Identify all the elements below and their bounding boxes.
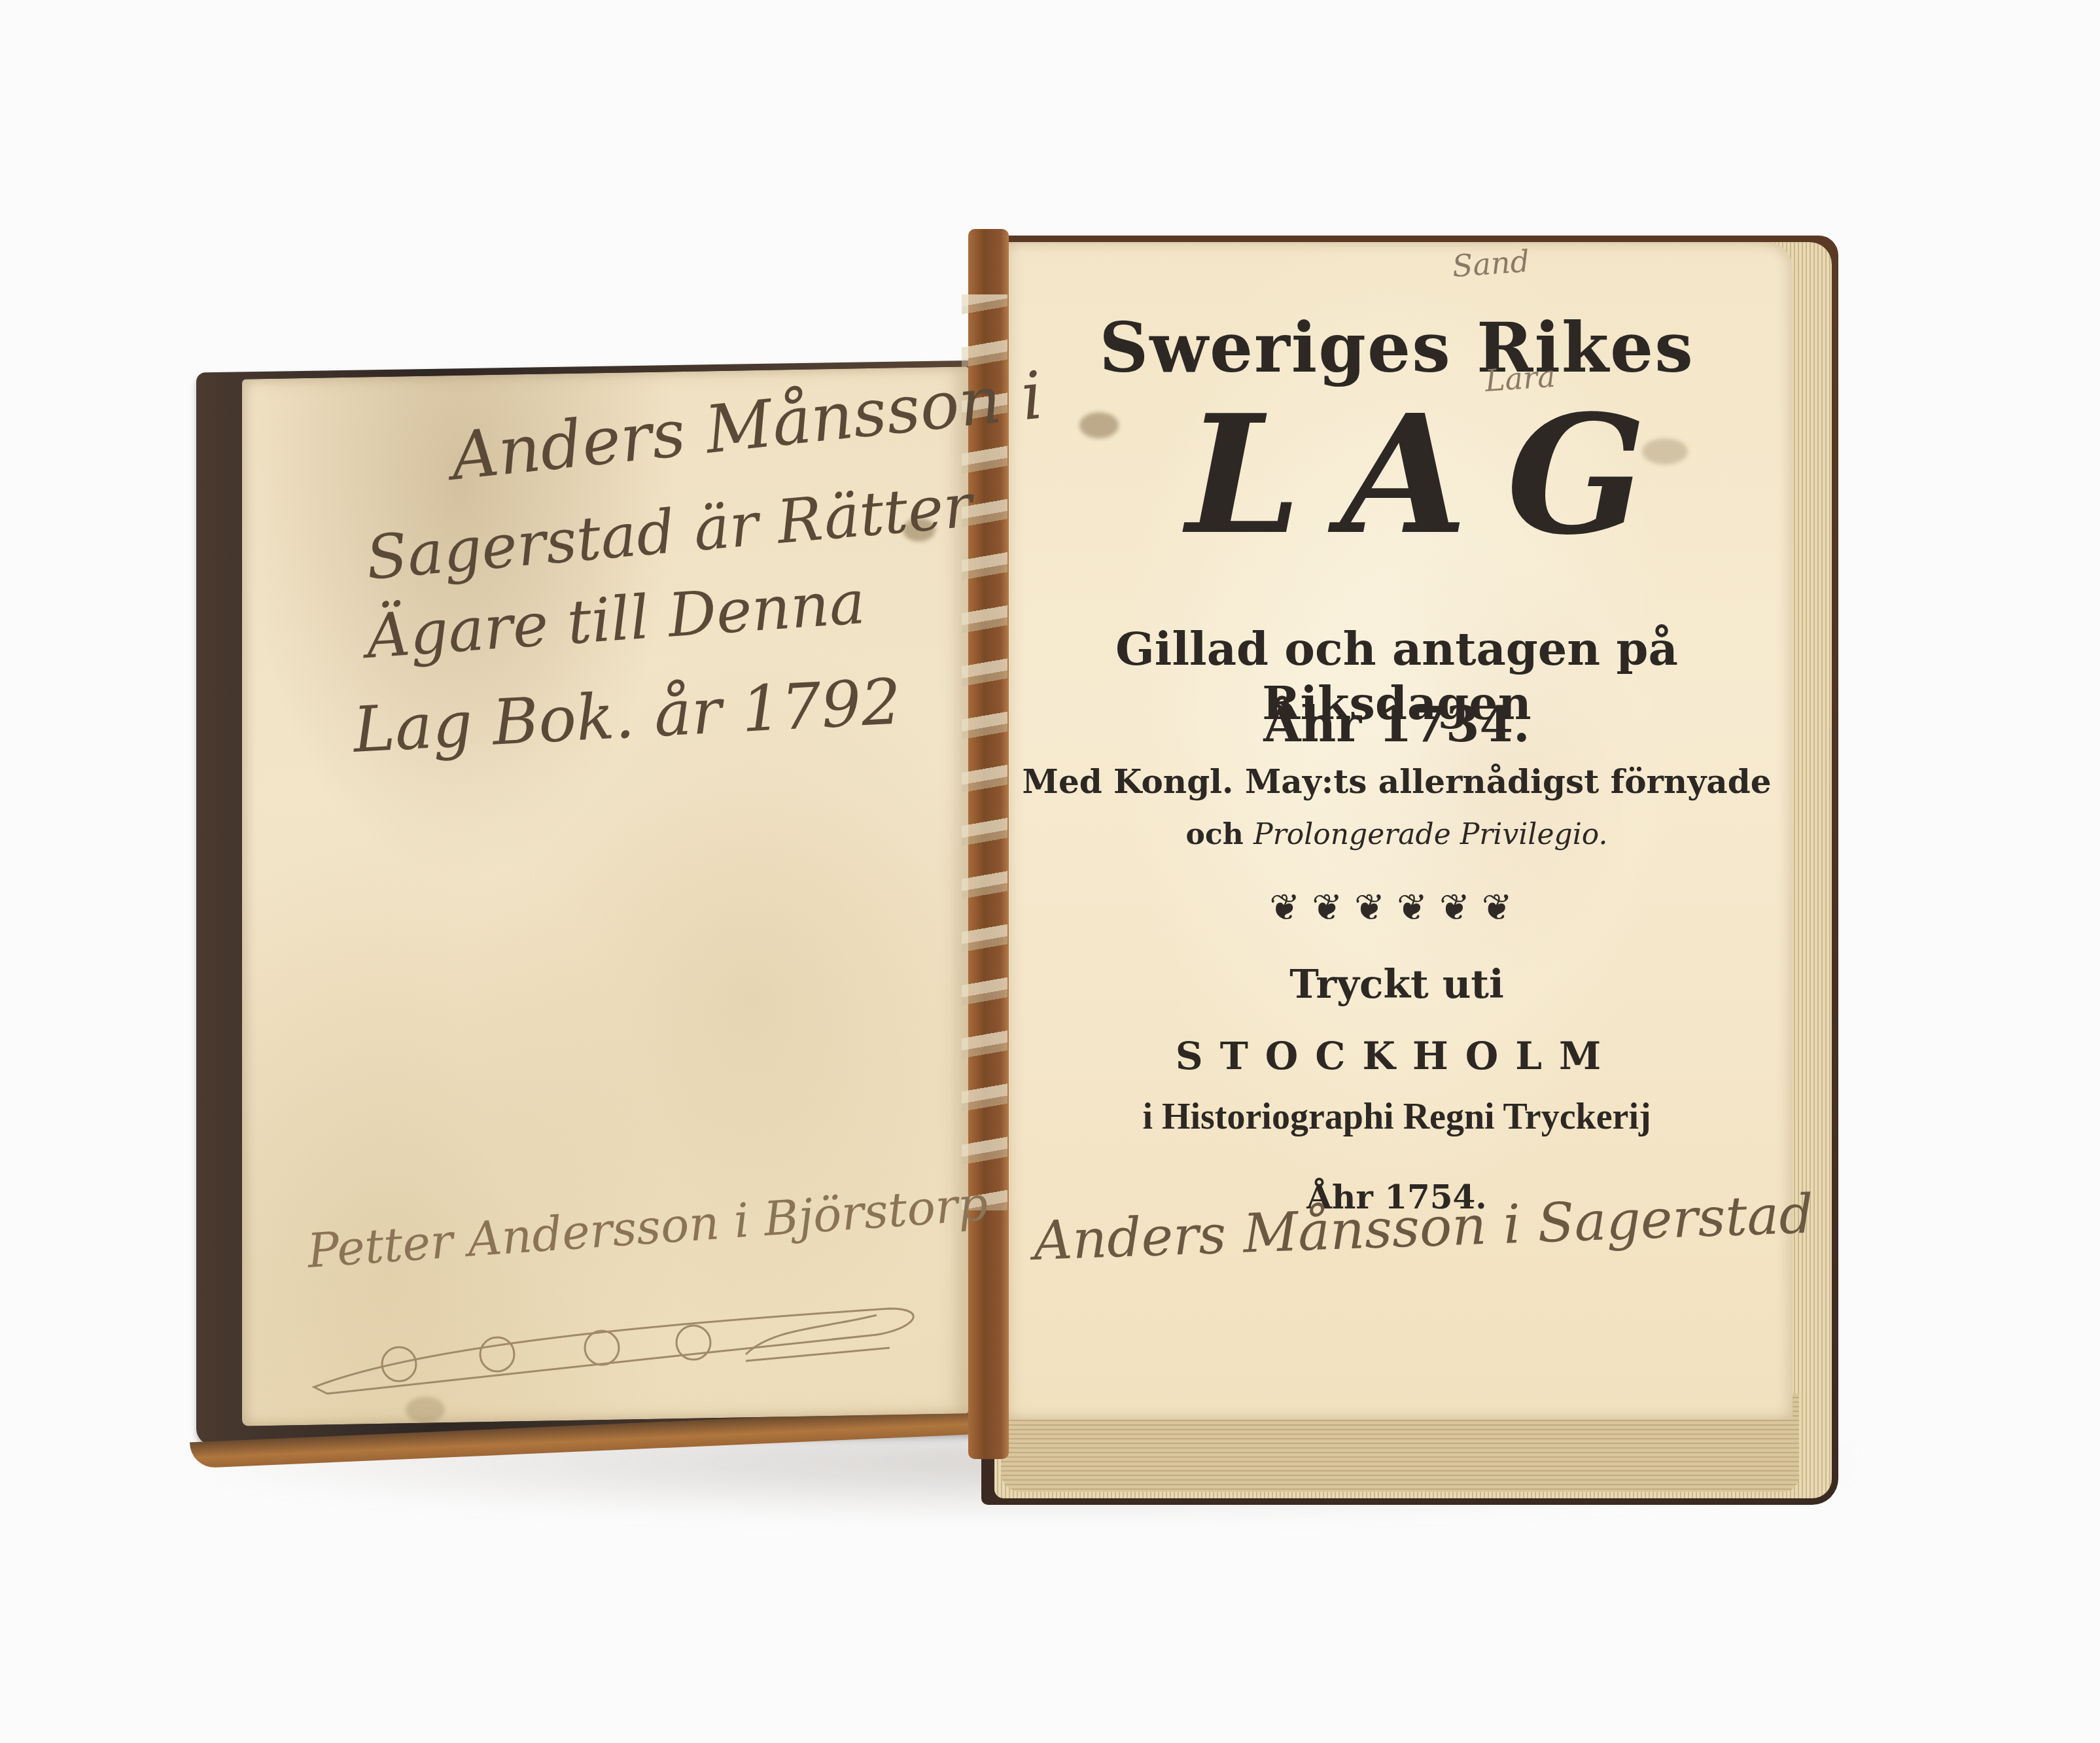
- ornamental-band: ❦❦❦❦❦❦: [1001, 887, 1793, 929]
- privilege-line-2-prefix: och: [1186, 818, 1244, 851]
- privilege-line-2-italic: Prolongerade Privilegio.: [1253, 818, 1607, 851]
- privilege-line-2: och Prolongerade Privilegio.: [1001, 818, 1793, 851]
- title-line-1: Sweriges Rikes: [1001, 308, 1793, 388]
- printer-line: i Historiographi Regni Tryckerij: [1001, 1096, 1793, 1138]
- corner-note-2: Lara: [1484, 359, 1556, 398]
- corner-note-1: Sand: [1451, 243, 1530, 284]
- enacted-year-line: Åhr 1734.: [1001, 697, 1793, 753]
- ink-blot: [406, 1396, 445, 1423]
- book-photo-scene: Sweriges Rikes LAG Gillad och antagen på…: [0, 0, 2100, 1743]
- city-line: STOCKHOLM: [1001, 1034, 1793, 1078]
- pen-flourish-drawing: [301, 1302, 929, 1400]
- printed-in-line: Tryckt uti: [1001, 962, 1793, 1008]
- privilege-line-1: Med Kongl. May:ts allernådigst förnyade: [1001, 762, 1793, 801]
- title-line-2: LAG: [1001, 393, 1832, 556]
